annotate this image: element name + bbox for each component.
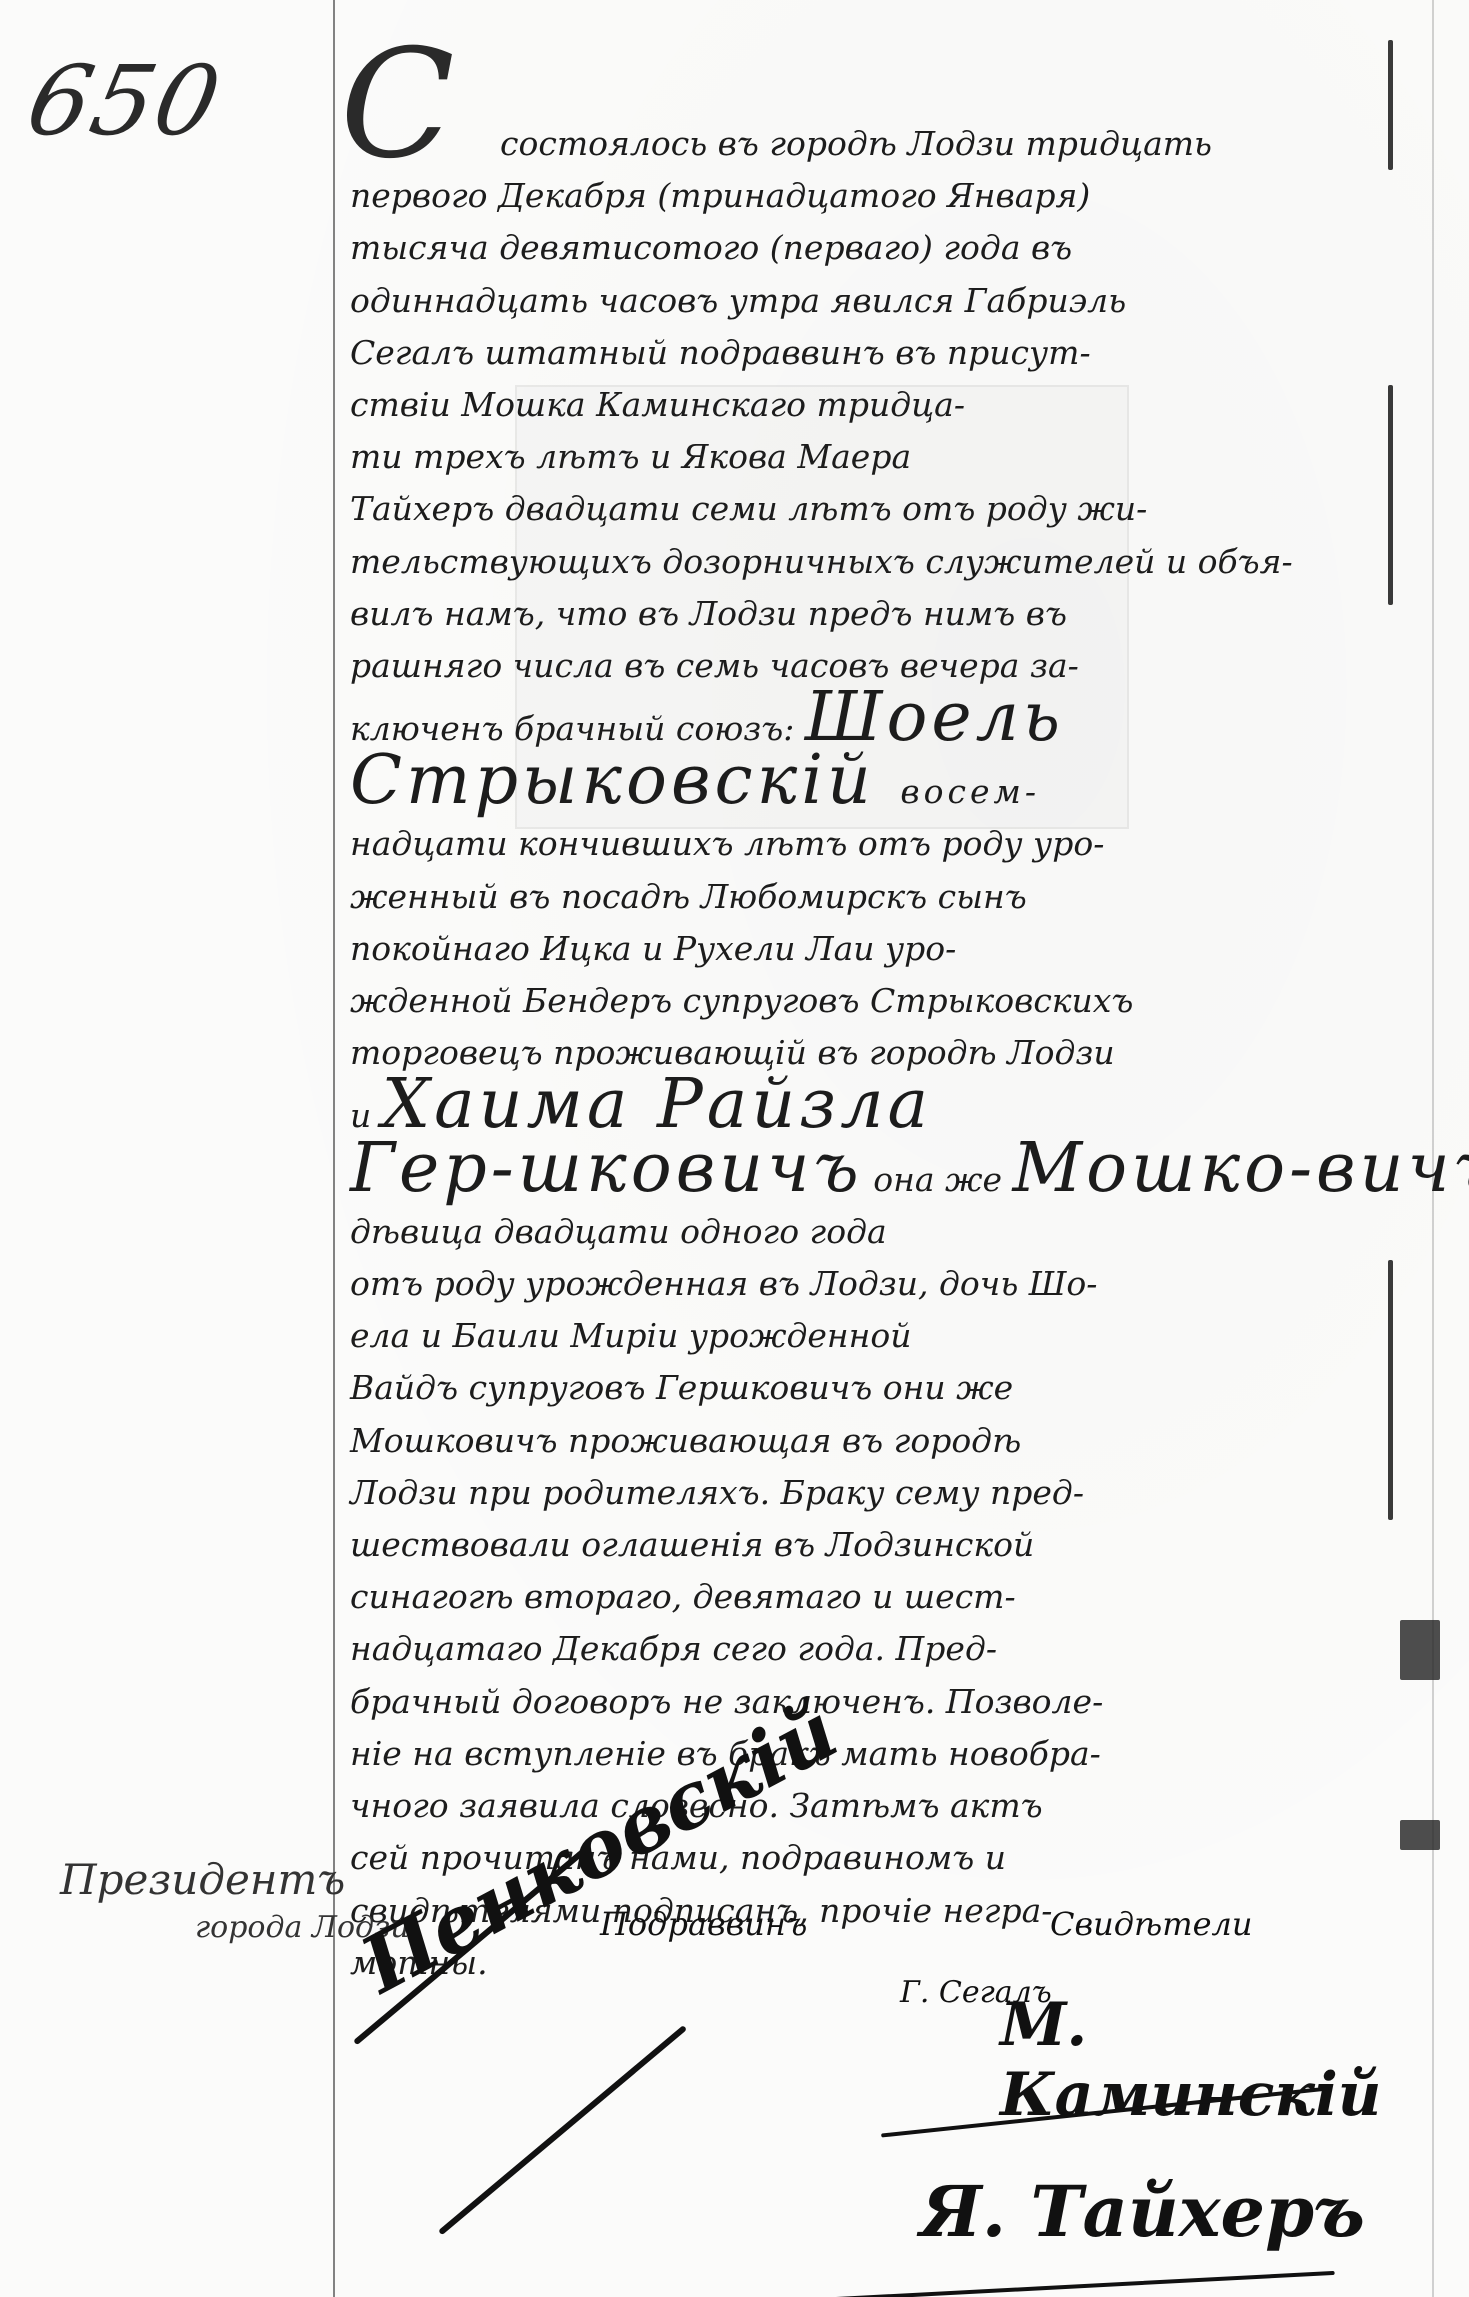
body-line: синагогѣ втораго, девятаго и шест- [350,1571,1410,1623]
body-line: Сегалъ штатный подраввинъ въ присут- [350,327,1410,379]
body-line: Мошковичъ проживающая въ городѣ [350,1415,1410,1467]
body-line: надцати кончившихъ лѣтъ отъ роду уро- [350,818,1410,870]
signature-flourish [438,2025,687,2235]
body-line: тысяча девятисотого (перваго) года въ [350,222,1410,274]
groom-surname-text: Стрыковскій [350,741,875,820]
body-line: тельствующихъ дозорничныхъ служителей и … [350,536,1410,588]
body-line: первого Декабря (тринадцатого Января) [350,170,1410,222]
witnesses-label: Свидѣтели [1050,1905,1253,1943]
body-line: женный въ посадѣ Любомирскъ сынъ [350,871,1410,923]
body-line: жденной Бендеръ супруговъ Стрыковскихъ [350,975,1410,1027]
body-line-text: она же [873,1160,1002,1199]
witness-1-signature: М. Каминскій [1000,1990,1469,2130]
body-line: покойнаго Ицка и Рухели Лаи уро- [350,923,1410,975]
body-line: ніе на вступленіе въ бракъ мать новобра- [350,1728,1410,1780]
body-line: Лодзи при родителяхъ. Браку сему пред- [350,1467,1410,1519]
body-line: шествовали оглашенія въ Лодзинской [350,1519,1410,1571]
body-line: чного заявила словесно. Затѣмъ актъ [350,1780,1410,1832]
body-line: вилъ намъ, что въ Лодзи предъ нимъ въ [350,588,1410,640]
bride-surname-2: Мошко-вичъ [1013,1129,1469,1208]
body-line: надцатаго Декабря сего года. Пред- [350,1623,1410,1675]
body-line: отъ роду урожденная въ Лодзи, дочь Шо- [350,1258,1410,1310]
body-line: дѣвица двадцати одного года [350,1206,1410,1258]
bride-surname-1: Гер-шковичъ [350,1129,863,1208]
document-page: 650 С состоялось въ городѣ Лодзи тридцат… [0,0,1469,2297]
body-line: ела и Баили Миріи урожденной [350,1310,1410,1362]
body-line: ти трехъ лѣтъ и Якова Маера [350,431,1410,483]
margin-rule [333,0,335,2297]
body-line: одиннадцать часовъ утра явился Габриэль [350,275,1410,327]
body-line: Гер-шковичъ она же Мошко-вичъ [350,1143,1410,1206]
witness-2-signature: Я. Тайхеръ [920,2170,1365,2253]
body-line-text: восем- [900,772,1040,811]
groom-surname: Стрыковскій восем- [350,755,1410,818]
rabbi-label: Подраввинъ [600,1905,807,1943]
act-number: 650 [18,45,231,157]
president-title-line1: Президентъ [20,1855,410,1904]
body-line: ствіи Мошка Каминскаго тридца- [350,379,1410,431]
body-line: Вайдъ супруговъ Гершковичъ они же [350,1362,1410,1414]
body-line: Тайхеръ двадцати семи лѣтъ отъ роду жи- [350,483,1410,535]
body-line: состоялось въ городѣ Лодзи тридцать [350,118,1410,170]
signature-flourish [795,2271,1334,2297]
record-body: состоялось въ городѣ Лодзи тридцать перв… [350,118,1410,1989]
body-line: брачный договоръ не заключенъ. Позволе- [350,1676,1410,1728]
